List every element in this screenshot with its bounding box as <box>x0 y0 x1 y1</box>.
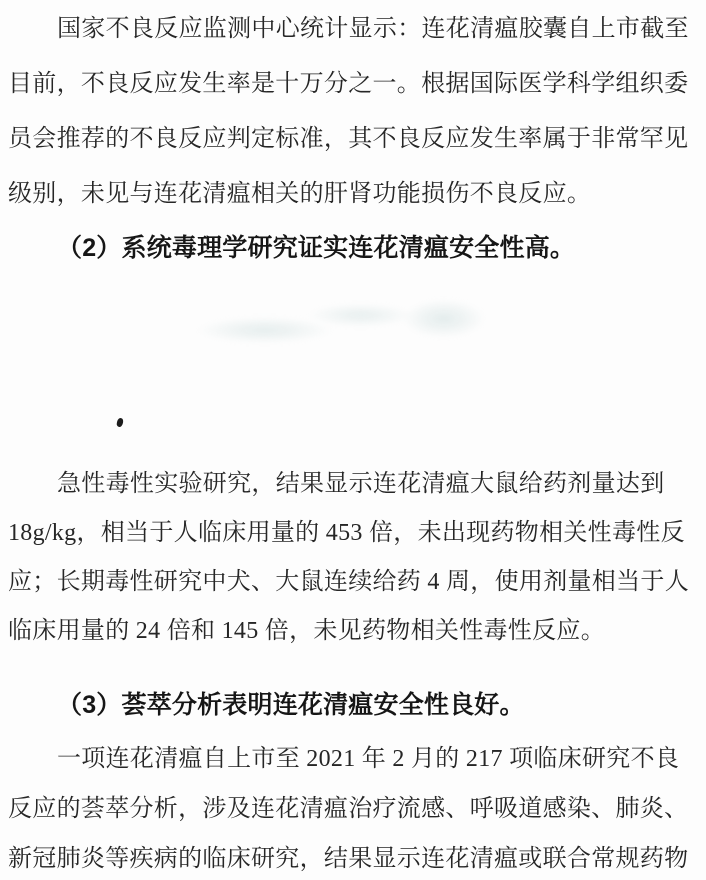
paragraph-line: 国家不良反应监测中心统计显示：连花清瘟胶囊自上市截至 <box>8 2 702 57</box>
paragraph-line: 应；长期毒性研究中犬、大鼠连续给药 4 周，使用剂量相当于人 <box>8 558 702 607</box>
paragraph-line: 级别，未见与连花清瘟相关的肝肾功能损伤不良反应。 <box>8 167 702 222</box>
paragraph-toxicology-study: 急性毒性实验研究，结果显示连花清瘟大鼠给药剂量达到 18g/kg，相当于人临床用… <box>8 460 702 656</box>
paragraph-line: 新冠肺炎等疾病的临床研究，结果显示连花清瘟或联合常规药物 <box>8 834 702 880</box>
ink-dot-artifact <box>116 417 124 427</box>
paragraph-line: 目前，不良反应发生率是十万分之一。根据国际医学科学组织委 <box>8 57 702 112</box>
paragraph-line: 18g/kg，相当于人临床用量的 453 倍，未出现药物相关性毒性反 <box>8 509 702 558</box>
paragraph-line: 员会推荐的不良反应判定标准，其不良反应发生率属于非常罕见 <box>8 112 702 167</box>
paragraph-line: 临床用量的 24 倍和 145 倍，未见药物相关性毒性反应。 <box>8 607 702 656</box>
paragraph-adverse-reaction-stats: 国家不良反应监测中心统计显示：连花清瘟胶囊自上市截至 目前，不良反应发生率是十万… <box>8 2 702 222</box>
document-page: 国家不良反应监测中心统计显示：连花清瘟胶囊自上市截至 目前，不良反应发生率是十万… <box>0 0 706 880</box>
section-heading-2: （2）系统毒理学研究证实连花清瘟安全性高。 <box>57 231 575 265</box>
paragraph-line: 反应的荟萃分析，涉及连花清瘟治疗流感、呼吸道感染、肺炎、 <box>8 784 702 834</box>
paragraph-line: 急性毒性实验研究，结果显示连花清瘟大鼠给药剂量达到 <box>8 460 702 509</box>
paragraph-line: 一项连花清瘟自上市至 2021 年 2 月的 217 项临床研究不良 <box>8 734 702 784</box>
scan-smudge-artifact <box>175 288 495 356</box>
paragraph-meta-analysis: 一项连花清瘟自上市至 2021 年 2 月的 217 项临床研究不良 反应的荟萃… <box>8 734 702 880</box>
section-heading-3: （3）荟萃分析表明连花清瘟安全性良好。 <box>57 688 525 722</box>
